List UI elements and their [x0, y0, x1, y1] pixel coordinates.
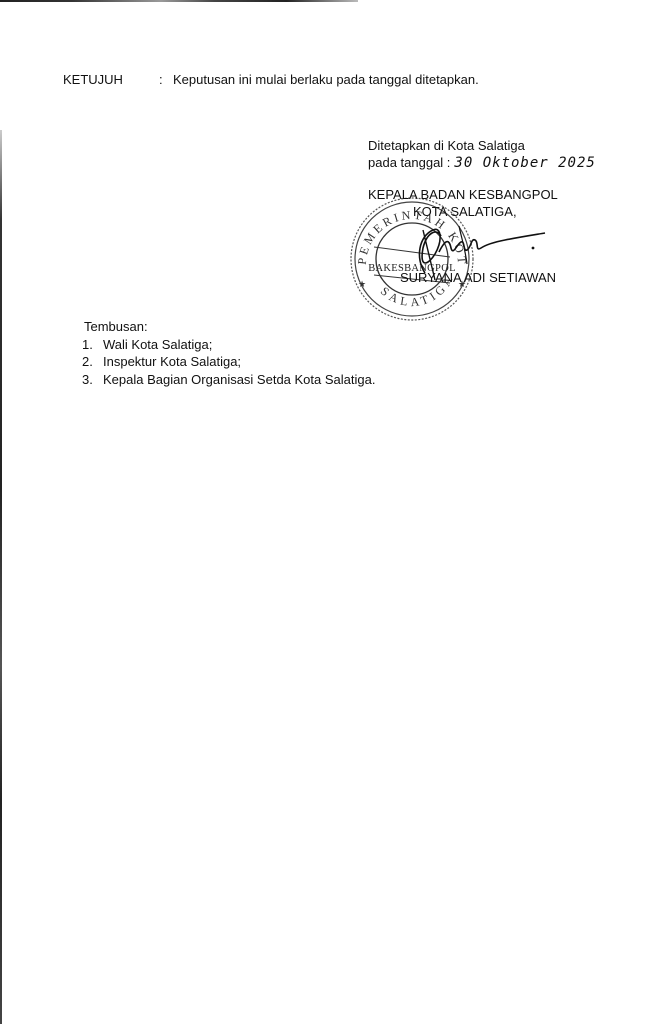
list-item-text: Wali Kota Salatiga;	[103, 336, 212, 354]
enactment-date-label: pada tanggal :	[368, 155, 450, 170]
scan-edge-top	[0, 0, 358, 2]
list-item-number: 2.	[82, 353, 103, 371]
article-label: KETUJUH	[63, 72, 159, 87]
enactment-block: Ditetapkan di Kota Salatiga pada tanggal…	[368, 137, 596, 172]
list-item: 3. Kepala Bagian Organisasi Setda Kota S…	[82, 371, 375, 389]
article-colon: :	[159, 72, 173, 87]
list-item-number: 1.	[82, 336, 103, 354]
svg-text:★: ★	[358, 279, 366, 289]
enactment-date-handwritten: 30 Oktober 2025	[454, 155, 595, 171]
list-item-text: Inspektur Kota Salatiga;	[103, 353, 241, 371]
article-ketujuh: KETUJUH : Keputusan ini mulai berlaku pa…	[63, 72, 479, 87]
enactment-place: Ditetapkan di Kota Salatiga	[368, 137, 596, 154]
carbon-copy-section: Tembusan: 1. Wali Kota Salatiga; 2. Insp…	[84, 318, 375, 388]
signatory-title-line1: KEPALA BADAN KESBANGPOL	[368, 186, 558, 203]
article-text: Keputusan ini mulai berlaku pada tanggal…	[173, 72, 479, 87]
signatory-title-line2: KOTA SALATIGA,	[368, 203, 558, 220]
scan-edge-left	[0, 130, 2, 1024]
signatory-title: KEPALA BADAN KESBANGPOL KOTA SALATIGA,	[368, 186, 558, 220]
carbon-copy-list: 1. Wali Kota Salatiga; 2. Inspektur Kota…	[82, 336, 375, 389]
signatory-name: SURYANA ADI SETIAWAN	[400, 270, 556, 285]
list-item-number: 3.	[82, 371, 103, 389]
enactment-date-row: pada tanggal :30 Oktober 2025	[368, 154, 596, 172]
carbon-copy-heading: Tembusan:	[84, 318, 375, 336]
list-item: 1. Wali Kota Salatiga;	[82, 336, 375, 354]
list-item-text: Kepala Bagian Organisasi Setda Kota Sala…	[103, 371, 375, 389]
list-item: 2. Inspektur Kota Salatiga;	[82, 353, 375, 371]
